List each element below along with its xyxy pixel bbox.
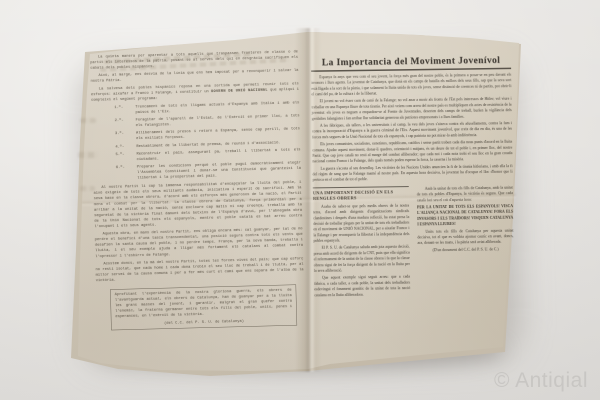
paragraph: El jovent no vol ésser carn de canó de l… [312, 96, 512, 122]
paragraph: Aquesta obra, en mans del nostre Partit,… [95, 226, 304, 259]
right-page-text: La Importancia del Moviment Jovenívol Es… [311, 43, 515, 366]
item-number: 1.º- [114, 105, 132, 117]
program-list: 1.º- Trencament de tots els lligams actu… [114, 100, 301, 181]
govern-unio-nacional-phrase: GOVERN DE UNIÓ NACIONAL [211, 88, 268, 93]
paragraph: Acostem doncs, en la mà del nostre Parti… [95, 256, 304, 284]
paragraph: Units tots els fills de Catalunya per aq… [417, 227, 513, 245]
paragraph: Espanya fa anys que veu com el seu joven… [311, 72, 511, 98]
paragraph: El P. S. U. de Catalunya saluda amb joia… [314, 244, 410, 274]
slogans: PER LA UNITAT DE TOTS ELS ESPANYOLS! VIS… [417, 203, 513, 227]
footer-box: Aprofitant l'experiència de la nostra gl… [110, 284, 297, 330]
item-number: 6.º- [116, 165, 134, 182]
column-left: UNA IMPORTANT DECISIÓ EN ELS RENGLES OBR… [313, 186, 411, 299]
headline: La Importancia del Moviment Jovenívol [311, 55, 511, 72]
paragraph: Que aquest exemple sigui seguit arreu: q… [314, 274, 410, 298]
column-right: Amb la unitat de tots els fills de Catal… [417, 185, 515, 298]
item-number: 5.º- [116, 151, 134, 163]
left-page-text: La quinta manera per aparentar a tots aq… [90, 49, 306, 366]
watermark: © Antiqial [494, 369, 588, 393]
item-number: 4.º- [115, 144, 133, 150]
footer-box-text: Aprofitant l'experiència de la nostra gl… [115, 288, 293, 320]
paragraph: A les fàbriques, als tallers, a les univ… [312, 120, 512, 140]
product-photo: La quinta manera per aparentar a tots aq… [0, 0, 600, 400]
paragraph: La guerra s'acosta al seu desenllaç. Les… [312, 163, 512, 183]
item-number: 2.º- [115, 118, 133, 130]
list-item: 6.º- Preparar les condicions perquè el p… [116, 160, 301, 182]
item-text: Preparar les condicions perquè el poble … [134, 160, 301, 181]
right-page-signature: (D'un document del C.C. del P. S. U. de … [418, 246, 514, 253]
paragraph: La salvesa dels pobles hispànics reposa … [91, 81, 299, 103]
paragraph: Acaba de saber-se que pels medis obrers … [313, 202, 410, 243]
paragraph: Els joves comunistes, socialistes, cenet… [312, 139, 512, 165]
item-number: 3.º- [115, 131, 133, 143]
